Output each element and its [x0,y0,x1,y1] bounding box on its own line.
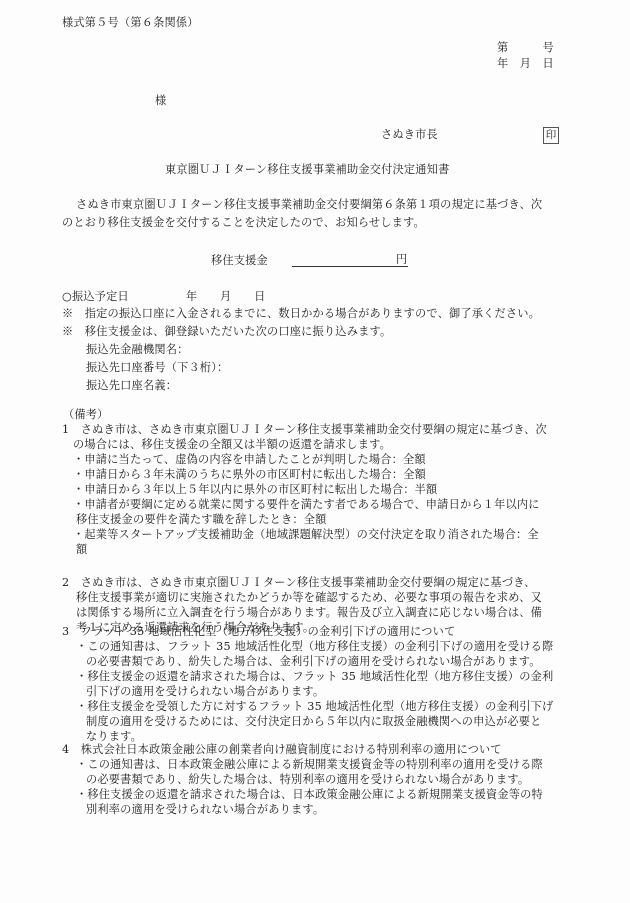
amount-blank-underline [292,266,408,267]
document-page: 様式第５号（第６条関係） 第 号 年 月 日 様 さぬき市長 印 東京圏ＵＪＩタ… [0,0,630,903]
bank-name-field: 振込先金融機関名： [86,343,189,357]
remark-3-bullet-cont: 引下げの適用を受けられない場合があります。 [86,685,324,699]
remark-2-line: 移住支援事業が適切に実施されたかどうか等を確認するため、必要な事項の報告を求め、… [76,591,542,605]
intro-line-2: のとおり移住支援金を交付することを決定したので、お知らせします。 [62,216,425,230]
remark-1-bullet: ・起業等スタートアップ支援補助金（地域課題解決型）の交付決定を取り消された場合：… [73,528,539,542]
remark-3-bullet-cont: の必要書類であり、紛失した場合は、金利引下げの適用を受けられない場合があります。 [86,655,541,669]
amount-unit: 円 [396,253,407,267]
remark-2-line: は関係する場所に立入調査を行う場合があります。報告及び立入調査に応じない場合は、… [76,606,542,620]
remark-1-bullet: ・申請に当たって、虚偽の内容を申請したことが判明した場合：全額 [73,453,426,467]
remark-1-bullet: ・申請日から３年以上５年以内に県外の市区町村に転出した場合：半額 [73,483,437,497]
remark-3-bullet: ・移住支援金の返還を請求された場合は、フラット 35 地域活性化型（地方移住支援… [76,670,553,684]
amount-label: 移住支援金 [211,254,268,268]
remark-1-bullet: ・申請日から３年未満のうちに県外の市区町村に転出した場合：全額 [73,468,426,482]
remark-3-line: 3 フラット 35 地域活性化型（地方移住支援）の金利引下げの適用について [62,625,455,639]
remark-4-bullet-cont: の必要書類であり、紛失した場合は、特別利率の適用を受けられない場合があります。 [86,773,529,787]
remark-4-bullet-cont: 別利率の適用を受けられない場合があります。 [86,803,324,817]
transfer-note-2: ※ 移住支援金は、御登録いただいた次の口座に振り込みます。 [62,325,391,339]
remark-1-line: の場合には、移住支援金の全額又は半額の返還を請求します。 [73,438,391,452]
remark-1-bullet-cont: 額 [76,543,87,557]
remark-1-bullet: ・申請者が要綱に定める就業に関する要件を満たす者である場合で、申請日から１年以内… [73,498,540,512]
remark-2-line: 2 さぬき市は、さぬき市東京圏ＵＪＩターン移住支援事業補助金交付要綱の規定に基づ… [62,576,536,590]
remark-4-bullet: ・この通知書は、日本政策金融公庫による新規開業支援資金等の特別利率の適用を受ける… [76,758,543,772]
remark-3-bullet-cont: 制度の適用を受けるためには、交付決定日から５年以内に取扱金融機関への申込が必要と [86,715,542,729]
issue-date: 年 月 日 [497,57,554,71]
issuer-name: さぬき市長 [381,128,438,142]
transfer-note-1: ※ 指定の振込口座に入金されるまでに、数日かかる場合がありますので、御了承くださ… [62,307,540,321]
remark-3-bullet: ・この通知書は、フラット 35 地域活性化型（地方移住支援）の金利引下げの適用を… [76,640,553,654]
remark-4-line: 4 株式会社日本政策金融公庫の創業者向け融資制度における特別利率の適用について [62,743,502,757]
remark-3-bullet-cont: なります。 [86,730,142,744]
form-label: 様式第５号（第６条関係） [62,16,199,30]
document-number: 第 号 [497,41,554,55]
remark-3-bullet: ・移住支援金を受領した方に対するフラット 35 地域活性化型（地方移住支援）の金… [76,700,553,714]
account-holder-field: 振込先口座名義： [86,379,177,393]
document-title: 東京圏ＵＪＩターン移住支援事業補助金交付決定通知書 [165,163,449,177]
intro-line-1: さぬき市東京圏ＵＪＩターン移住支援事業補助金交付要綱第６条第１項の規定に基づき、… [76,198,542,212]
remark-1-line: 1 さぬき市は、さぬき市東京圏ＵＪＩターン移住支援事業補助金交付要綱の規定に基づ… [62,423,547,437]
addressee-honorific: 様 [155,94,166,108]
remark-1-bullet-cont: 移住支援金の要件を満たす職を辞したとき：全額 [76,513,327,527]
remarks-heading: （備考） [63,408,109,422]
scheduled-transfer-date: ○振込予定日 年 月 日 [62,290,266,304]
remark-4-bullet: ・移住支援金の返還を請求された場合は、日本政策金融公庫による新規開業支援資金等の… [76,788,543,802]
account-number-field: 振込先口座番号（下３桁）： [86,361,228,375]
seal-mark: 印 [543,127,559,144]
